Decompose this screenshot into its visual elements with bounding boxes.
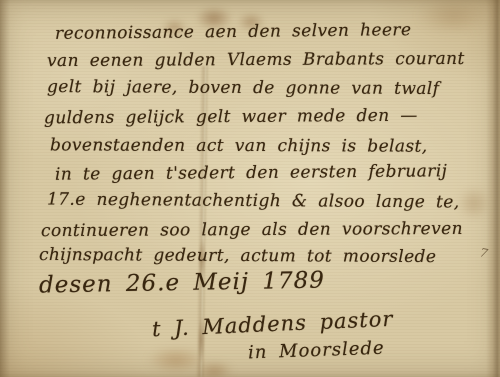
manuscript-line-5: bovenstaenden act van chijns is belast, <box>50 135 428 156</box>
manuscript-line-2: van eenen gulden Vlaems Brabants courant <box>47 49 465 71</box>
signature-place: in Moorslede <box>248 338 385 364</box>
manuscript-date-line: desen 26.e Meij 1789 <box>39 268 325 299</box>
manuscript-line-6: in te gaen t'sedert den eersten februari… <box>55 161 447 184</box>
manuscript-text-block: reconnoissance aen den selven heere van … <box>0 0 500 377</box>
manuscript-line-7: 17.e neghenentachentigh & alsoo lange te… <box>47 190 460 213</box>
manuscript-line-4: guldens gelijck gelt waer mede den — <box>44 106 418 129</box>
manuscript-page: reconnoissance aen den selven heere van … <box>0 0 500 377</box>
manuscript-line-9: chijnspacht gedeurt, actum tot moorslede <box>39 245 436 267</box>
margin-mark: 7 <box>479 245 489 260</box>
signature-name: t J. Maddens pastor <box>152 307 394 342</box>
manuscript-line-1: reconnoissance aen den selven heere <box>55 20 412 44</box>
manuscript-line-8: continueren soo lange als den voorschrev… <box>41 219 463 241</box>
manuscript-line-3: gelt bij jaere, boven de gonne van twalf <box>47 77 439 99</box>
